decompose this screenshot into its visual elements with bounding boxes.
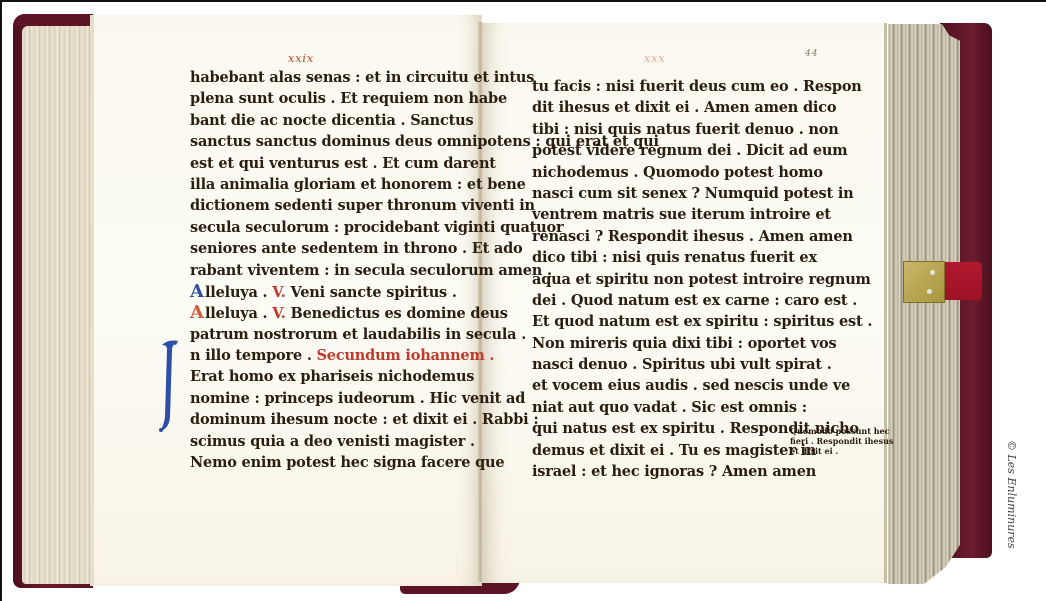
clasp-strap	[940, 262, 982, 300]
text-line: aqua et spiritu non potest introire regn…	[532, 269, 872, 290]
versicle-mark: V.	[272, 305, 285, 322]
image-border-top	[0, 0, 1046, 2]
marginal-note: Quomodo possunt hec fieri . Respondit ih…	[790, 426, 893, 456]
margin-note-line: Quomodo possunt hec	[790, 426, 893, 436]
brass-clasp	[903, 261, 945, 303]
text-line: nasci denuo . Spiritus ubi vult spirat .	[532, 354, 872, 375]
text-line: tu facis : nisi fuerit deus cum eo . Res…	[532, 76, 872, 97]
page-stack-left	[22, 26, 92, 584]
text-line: Non mireris quia dixi tibi : oportet vos	[532, 333, 872, 354]
rubric-secundum: Secundum iohannem .	[317, 347, 495, 364]
versicle-mark: V.	[272, 284, 285, 301]
text-line: Et quod natum est ex spiritu : spiritus …	[532, 311, 872, 332]
rivet-icon	[930, 270, 935, 275]
text-line: dit ihesus et dixit ei . Amen amen dico	[532, 97, 872, 118]
decorated-initial-i-blue	[158, 337, 182, 435]
margin-note-line: fieri . Respondit ihesus	[790, 436, 893, 446]
copyright-credit: © Les Enluminures	[1005, 440, 1018, 549]
image-border-left	[0, 0, 2, 601]
text-line: niat aut quo vadat . Sic est omnis :	[532, 397, 872, 418]
margin-note-line: et dixit ei .	[790, 446, 893, 456]
initial-a-red: A	[190, 302, 204, 323]
right-folio-number: xxx	[644, 52, 666, 65]
initial-a-blue: A	[190, 281, 204, 302]
text-line: et vocem eius audis . sed nescis unde ve	[532, 375, 872, 396]
binding-cover-top-edge	[13, 14, 93, 26]
left-folio-number: xxix	[288, 52, 314, 65]
text-line: renasci ? Respondit ihesus . Amen amen	[532, 226, 872, 247]
text-line: dico tibi : nisi quis renatus fuerit ex	[532, 247, 872, 268]
text-line: potest videre regnum dei . Dicit ad eum	[532, 140, 872, 161]
rivet-icon	[927, 289, 932, 294]
right-page-text: tu facis : nisi fuerit deus cum eo . Res…	[532, 76, 872, 482]
text-line: nichodemus . Quomodo potest homo	[532, 162, 872, 183]
text-line: tibi : nisi quis natus fuerit denuo . no…	[532, 119, 872, 140]
text-line: dei . Quod natum est ex carne : caro est…	[532, 290, 872, 311]
page-stack-right	[888, 24, 960, 584]
right-corner-mark: 44	[805, 49, 818, 59]
text-line: ventrem matris sue iterum introire et	[532, 204, 872, 225]
text-line: israel : et hec ignoras ? Amen amen	[532, 461, 872, 482]
text-line: nasci cum sit senex ? Numquid potest in	[532, 183, 872, 204]
